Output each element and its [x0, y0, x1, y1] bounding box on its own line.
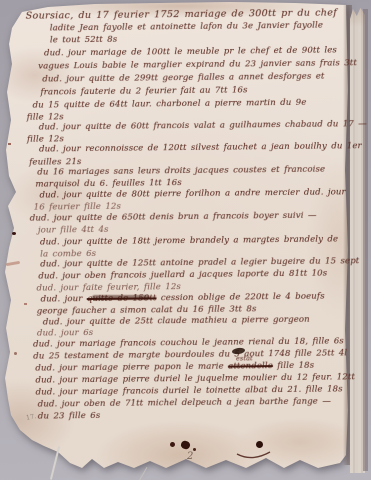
stain-spot — [12, 232, 16, 235]
handwritten-line: dud. jour oben francois juellard a jacqu… — [38, 269, 327, 282]
handwritten-line: du 23 fille 6s — [38, 411, 101, 422]
handwritten-line: dud. jour mariage francois couchou le je… — [33, 336, 344, 349]
handwritten-line: dud. jour quitte de 650tt denis brun a f… — [30, 211, 317, 224]
handwritten-line: ladite Jean fayolle et antoinette lafon … — [50, 21, 323, 34]
stain-spot — [14, 352, 17, 355]
handwritten-line: francois fauterie du 2 feurier fait au 7… — [40, 85, 247, 97]
handwritten-line: dud. jour oben de 71tt michel delpeuch a… — [38, 396, 331, 409]
handwritten-line: dud. jour quitte de 60tt francois valat … — [39, 119, 367, 132]
handwritten-line: le tout 52tt 8s — [50, 35, 117, 46]
handwritten-line: feuilles 21s — [29, 157, 81, 168]
handwritten-line: dud. jour quitte de 18tt jerome brandely… — [40, 234, 338, 247]
ink-blot — [256, 441, 263, 448]
handwritten-line: dud. jour 6s — [37, 328, 93, 339]
struck-text: attendelle — [228, 361, 273, 371]
handwritten-line: dud. jour mariage francois duriel le toi… — [36, 384, 343, 397]
handwritten-line: marquisol du 6. feuilles 1tt 16s — [35, 178, 181, 190]
ink-dot — [193, 448, 196, 451]
handwritten-line: jour fille 4tt 4s — [38, 225, 109, 236]
handwritten-line-struck: dud. jour quitte de 150tt cession oblige… — [41, 292, 325, 305]
handwritten-line: dud. jour faite feurier, fille 12s — [36, 282, 181, 294]
line-post-text: cession oblige de 220tt le 4 boeufs — [156, 292, 324, 304]
line-pre-text: dud. jour — [41, 294, 87, 304]
handwritten-line: la combe 6s — [40, 249, 96, 260]
ink-flourish — [236, 450, 272, 462]
handwritten-line: fille 12s — [27, 134, 64, 144]
handwritten-line: dud. jour mariage de 100tt le meuble pr … — [44, 45, 337, 58]
handwritten-line: dud. jour quitte de 25tt claude mathieu … — [43, 315, 310, 328]
manuscript-photo: Soursiac, du 17 feurier 1752 mariage de … — [0, 0, 371, 480]
handwritten-line: fille 12s — [27, 112, 64, 122]
handwritten-line: du 16 mariages sans leurs droits jacques… — [37, 165, 325, 178]
ink-dot — [170, 442, 175, 447]
handwritten-line-corrected: dud. jour mariage pierre papon le marie … — [35, 361, 314, 374]
handwritten-text-block: Soursiac, du 17 feurier 1752 mariage de … — [0, 0, 371, 480]
handwritten-line: du 25 testament de margte bourdoules du … — [33, 348, 347, 361]
correction-wrap: attendelleestat — [228, 361, 273, 371]
stain-spot — [24, 303, 27, 305]
line-pre-text: dud. jour mariage pierre papon le marie — [35, 362, 228, 374]
handwritten-line: Soursiac, du 17 feurier 1752 mariage de … — [26, 7, 338, 21]
page-number: 2 — [187, 451, 193, 462]
handwritten-line: du 15 quitte de 64tt laur. charbonel a p… — [33, 98, 307, 111]
handwritten-line: dud. jour mariage pierre duriel le juque… — [35, 372, 355, 385]
stain-spot — [8, 143, 11, 145]
ink-smudge — [92, 295, 150, 300]
handwritten-line: dud. jour quitte de 299tt george fialles… — [42, 72, 324, 85]
handwritten-line: 16 feurier fille 12s — [34, 202, 121, 213]
line-post-text: fille 18s — [273, 361, 314, 371]
handwritten-line: vagues Louis babie le marglier expirand … — [38, 58, 357, 71]
handwritten-line: dud. jour quitte de 80tt pierre forilhon… — [39, 187, 345, 200]
overwrite-note: estat — [236, 354, 253, 362]
handwritten-line: dud. jour quitte de 125tt antoine pradel… — [40, 256, 359, 269]
handwritten-line: dud. jour reconnoissce de 120tt silvest … — [39, 141, 362, 154]
